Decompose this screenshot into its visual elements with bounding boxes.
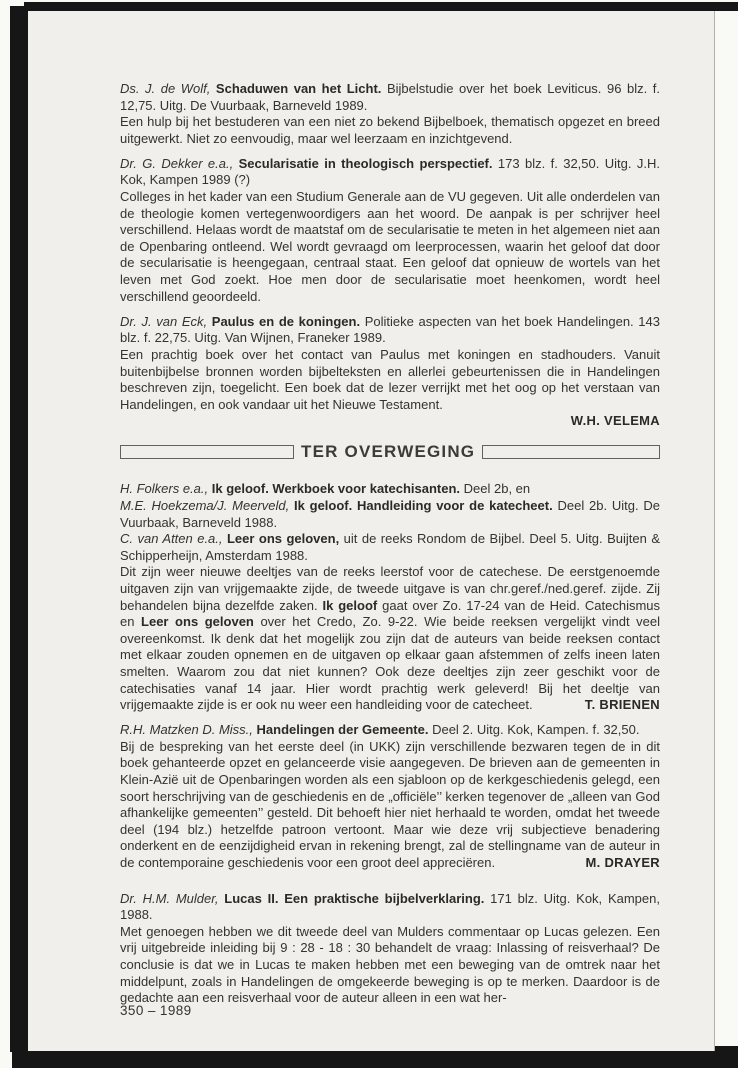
scan-border-left [10,6,28,1052]
book-review: Dr. H.M. Mulder, Lucas II. Een praktisch… [120,891,660,1007]
scanned-page: Ds. J. de Wolf, Schaduwen van het Licht.… [28,11,714,1051]
book-title: Handelingen der Gemeente. [257,722,433,737]
review-text: R.H. Matzken D. Miss., Handelingen der G… [120,722,660,871]
review-body-run: Met genoegen hebben we dit tweede deel v… [120,924,660,1005]
book-title: Ik geloof. Handleiding voor de katecheet… [294,498,557,513]
review-author: Ds. J. de Wolf, [120,81,216,96]
book-title: Paulus en de koningen. [212,314,365,329]
book-review: R.H. Matzken D. Miss., Handelingen der G… [120,722,660,871]
review-text: Dr. H.M. Mulder, Lucas II. Een praktisch… [120,891,660,1007]
review-body-run: Deel 2. Uitg. Kok, Kampen. f. 32,50. [432,722,639,737]
book-review: H. Folkers e.a., Ik geloof. Werkboek voo… [120,481,660,713]
section-title: TER OVERWEGING [301,444,475,461]
book-title: Ik geloof. Werkboek voor katechisanten. [212,481,464,496]
review-author: R.H. Matzken D. Miss., [120,722,257,737]
reviewer-signature: W.H. VELEMA [120,413,660,430]
header-rule-box-right [482,445,660,459]
page-content: Ds. J. de Wolf, Schaduwen van het Licht.… [120,81,660,1015]
section-header: TER OVERWEGING [120,444,660,461]
book-title: Schaduwen van het Licht. [216,81,387,96]
book-review: Dr. G. Dekker e.a., Secularisatie in the… [120,156,660,305]
review-body-run: Colleges in het kader van een Studium Ge… [120,189,660,304]
scan-border-top [24,2,738,11]
book-review: Ds. J. de Wolf, Schaduwen van het Licht.… [120,81,660,147]
review-author: Dr. J. van Eck, [120,314,212,329]
book-title: Ik geloof [323,598,383,613]
review-text: Dr. J. van Eck, Paulus en de koningen. P… [120,314,660,414]
review-text: Ds. J. de Wolf, Schaduwen van het Licht.… [120,81,660,147]
book-title: Lucas II. Een praktische bijbelverklarin… [224,891,490,906]
reviews-bottom: H. Folkers e.a., Ik geloof. Werkboek voo… [120,481,660,1006]
book-review: Dr. J. van Eck, Paulus en de koningen. P… [120,314,660,430]
page-number: 350 – 1989 [120,1003,192,1018]
review-body-run: Bij de bespreking van het eerste deel (i… [120,739,660,870]
book-title: Secularisatie in theologisch perspectief… [239,156,498,171]
review-body-run: Een prachtig boek over het contact van P… [120,347,660,412]
book-title: Leer ons geloven, [227,531,344,546]
page-edge-line [714,11,715,1051]
header-rule-box-left [120,445,294,459]
scan-border-bottom [12,1051,738,1068]
review-body-run: Een hulp bij het bestuderen van een niet… [120,114,660,146]
review-author: Dr. G. Dekker e.a., [120,156,239,171]
reviews-top: Ds. J. de Wolf, Schaduwen van het Licht.… [120,81,660,430]
review-author: M.E. Hoekzema/J. Meerveld, [120,498,294,513]
review-text: H. Folkers e.a., Ik geloof. Werkboek voo… [120,481,660,713]
review-body-run: Deel 2b, en [464,481,531,496]
review-author: Dr. H.M. Mulder, [120,891,224,906]
review-author: H. Folkers e.a., [120,481,212,496]
review-text: Dr. G. Dekker e.a., Secularisatie in the… [120,156,660,305]
book-title: Leer ons geloven [141,614,260,629]
review-author: C. van Atten e.a., [120,531,227,546]
